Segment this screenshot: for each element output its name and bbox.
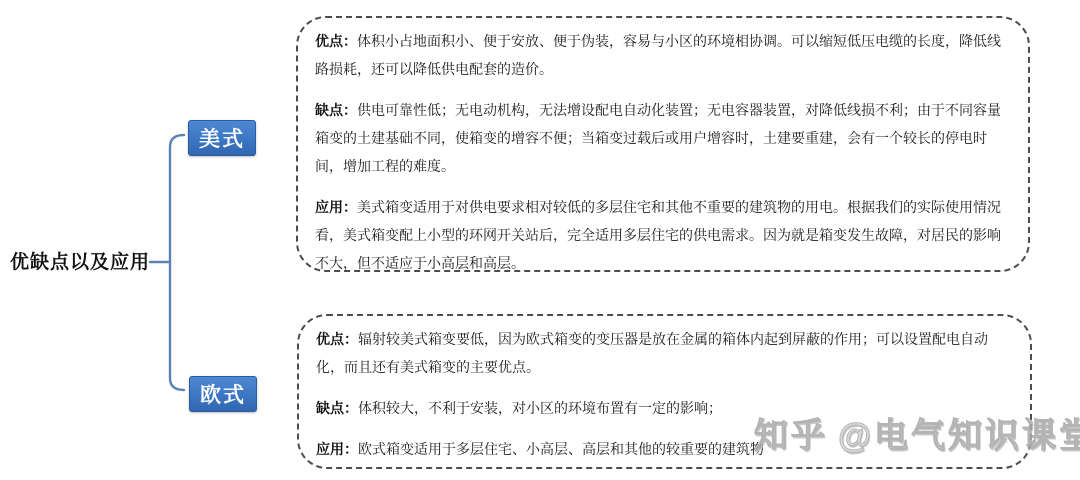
advantages-label: 优点： bbox=[315, 33, 357, 49]
node-american: 美式 bbox=[188, 120, 256, 156]
node-american-label: 美式 bbox=[199, 123, 245, 153]
application-text: 美式箱变适用于对供电要求相对较低的多层住宅和其他不重要的建筑物的用电。根据我们的… bbox=[315, 199, 1001, 271]
american-details-box: 优点：体积小占地面积小、便于安放、便于伪装，容易与小区的环境相协调。可以缩短低压… bbox=[296, 16, 1030, 272]
application-label: 应用： bbox=[316, 441, 358, 457]
node-european-label: 欧式 bbox=[200, 379, 246, 409]
node-european: 欧式 bbox=[189, 376, 257, 412]
european-advantages-paragraph: 优点：辐射较美式箱变要低，因为欧式箱变的变压器是放在金属的箱体内起到屏蔽的作用；… bbox=[316, 325, 1014, 381]
disadvantages-text: 供电可靠性低；无电动机构，无法增设配电自动化装置；无电容器装置，对降低线损不利；… bbox=[315, 102, 1001, 174]
disadvantages-label: 缺点： bbox=[315, 102, 357, 118]
european-application-paragraph: 应用：欧式箱变适用于多层住宅、小高层、高层和其他的较重要的建筑物 bbox=[316, 435, 1014, 463]
european-disadvantages-paragraph: 缺点：体积较大，不利于安装，对小区的环境布置有一定的影响； bbox=[316, 394, 1014, 422]
disadvantages-label: 缺点： bbox=[316, 400, 358, 416]
advantages-text: 辐射较美式箱变要低，因为欧式箱变的变压器是放在金属的箱体内起到屏蔽的作用；可以设… bbox=[316, 331, 988, 375]
european-details-box: 优点：辐射较美式箱变要低，因为欧式箱变的变压器是放在金属的箱体内起到屏蔽的作用；… bbox=[297, 314, 1032, 469]
application-text: 欧式箱变适用于多层住宅、小高层、高层和其他的较重要的建筑物 bbox=[358, 441, 764, 457]
brace-connector-icon bbox=[0, 0, 200, 480]
application-label: 应用： bbox=[315, 199, 357, 215]
mindmap-canvas: 优缺点以及应用 美式 欧式 优点：体积小占地面积小、便于安放、便于伪装，容易与小… bbox=[0, 0, 1080, 480]
american-advantages-paragraph: 优点：体积小占地面积小、便于安放、便于伪装，容易与小区的环境相协调。可以缩短低压… bbox=[315, 27, 1012, 83]
disadvantages-text: 体积较大，不利于安装，对小区的环境布置有一定的影响； bbox=[358, 400, 722, 416]
advantages-label: 优点： bbox=[316, 331, 358, 347]
advantages-text: 体积小占地面积小、便于安放、便于伪装，容易与小区的环境相协调。可以缩短低压电缆的… bbox=[315, 33, 1001, 77]
american-application-paragraph: 应用：美式箱变适用于对供电要求相对较低的多层住宅和其他不重要的建筑物的用电。根据… bbox=[315, 193, 1012, 277]
american-disadvantages-paragraph: 缺点：供电可靠性低；无电动机构，无法增设配电自动化装置；无电容器装置，对降低线损… bbox=[315, 96, 1012, 180]
